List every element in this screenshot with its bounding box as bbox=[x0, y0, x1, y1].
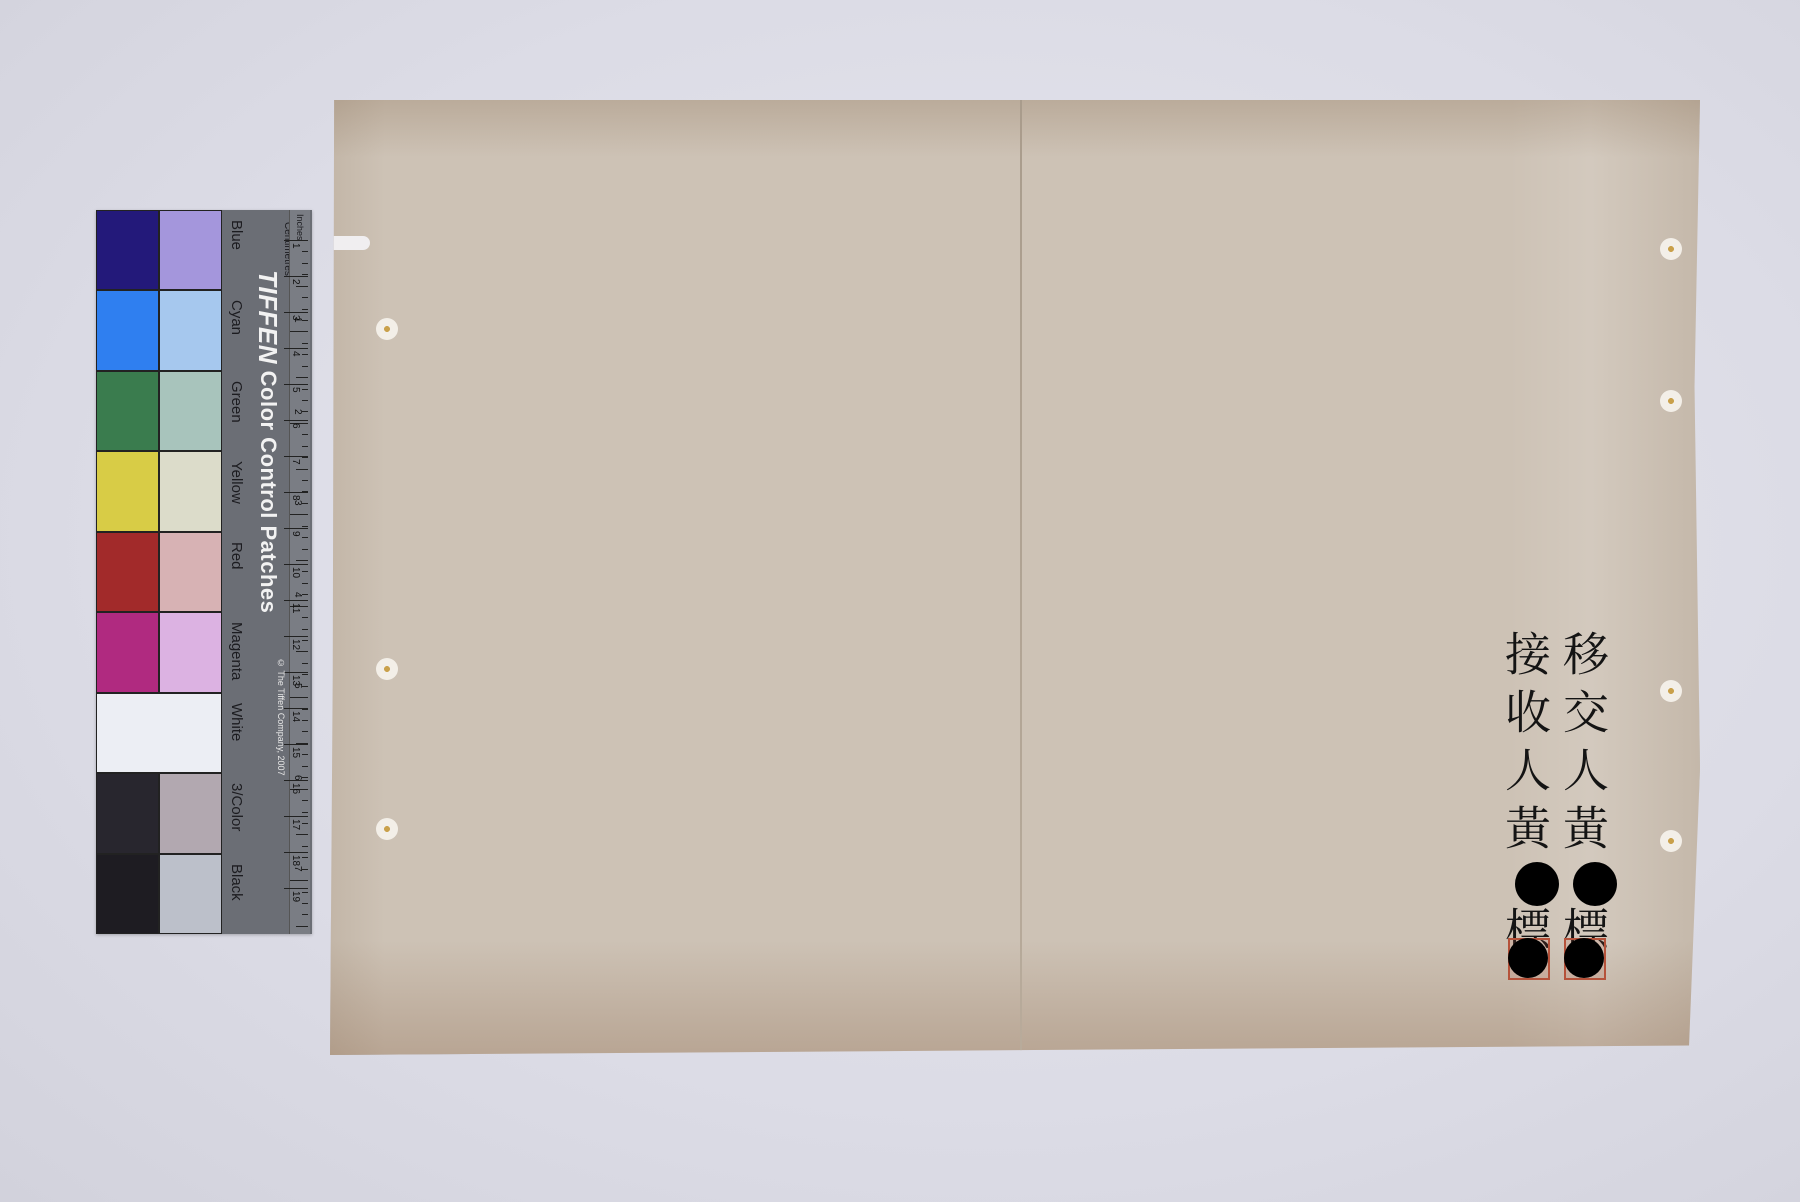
redacted-character bbox=[1515, 862, 1559, 906]
inch-tick bbox=[302, 766, 308, 767]
inch-tick bbox=[302, 537, 308, 538]
inch-tick bbox=[302, 400, 308, 401]
cm-number: 6 bbox=[290, 423, 301, 429]
cm-tick bbox=[284, 384, 308, 385]
color-patch bbox=[96, 210, 159, 290]
cm-number: 13 bbox=[290, 675, 301, 686]
cm-tick bbox=[284, 600, 308, 601]
inch-tick bbox=[302, 549, 308, 550]
inch-tick bbox=[302, 674, 308, 675]
binding-hole-icon bbox=[376, 318, 398, 340]
cm-tick bbox=[284, 780, 308, 781]
inch-tick bbox=[290, 514, 308, 515]
inch-tick bbox=[296, 834, 308, 835]
patch-row-black bbox=[96, 854, 222, 934]
color-patch bbox=[159, 612, 222, 692]
cm-tick bbox=[284, 744, 308, 745]
cm-tick bbox=[284, 276, 308, 277]
transferor-signature-column: 移交人黃標 bbox=[1560, 630, 1617, 964]
color-patch bbox=[96, 612, 159, 692]
inch-tick bbox=[302, 846, 308, 847]
inch-number: 2 bbox=[292, 409, 303, 415]
center-fold-line bbox=[1020, 100, 1022, 1055]
inch-tick bbox=[302, 343, 308, 344]
patch-label: Green bbox=[228, 381, 245, 423]
color-patches bbox=[96, 210, 222, 934]
patch-label: Magenta bbox=[228, 622, 245, 680]
inch-tick bbox=[302, 903, 308, 904]
cm-tick bbox=[284, 888, 308, 889]
color-patch bbox=[96, 451, 159, 531]
receiver-role: 接收人 bbox=[1498, 630, 1552, 804]
binding-hole-icon bbox=[376, 818, 398, 840]
color-control-card: Centimetres Inches 1234567 1234567891011… bbox=[96, 210, 312, 934]
binding-hole-icon bbox=[1660, 830, 1682, 852]
patch-row-cyan bbox=[96, 290, 222, 370]
paper-tear bbox=[330, 236, 370, 250]
inch-tick bbox=[296, 286, 308, 287]
cm-tick bbox=[284, 672, 308, 673]
cm-number: 15 bbox=[290, 747, 301, 758]
inches-label: Inches bbox=[295, 214, 305, 241]
binding-hole-icon bbox=[1660, 238, 1682, 260]
color-patch bbox=[96, 290, 159, 370]
inch-tick bbox=[296, 651, 308, 652]
color-patch bbox=[96, 773, 159, 853]
color-patch bbox=[159, 290, 222, 370]
cm-number: 5 bbox=[290, 387, 301, 393]
redacted-character bbox=[1573, 862, 1617, 906]
patch-label: Cyan bbox=[228, 300, 245, 335]
inch-tick bbox=[302, 800, 308, 801]
cm-tick bbox=[284, 564, 308, 565]
cm-number: 12 bbox=[290, 639, 301, 650]
inch-tick bbox=[302, 640, 308, 641]
cm-number: 9 bbox=[290, 531, 301, 537]
cm-tick bbox=[284, 312, 308, 313]
cm-number: 10 bbox=[290, 567, 301, 578]
cm-number: 16 bbox=[290, 783, 301, 794]
patch-row-3-color bbox=[96, 773, 222, 853]
patch-row-white bbox=[96, 693, 222, 773]
inch-tick bbox=[302, 720, 308, 721]
inch-tick bbox=[302, 617, 308, 618]
cm-number: 7 bbox=[290, 459, 301, 465]
inch-tick bbox=[302, 663, 308, 664]
inch-tick bbox=[296, 377, 308, 378]
inch-tick bbox=[302, 309, 308, 310]
inch-tick bbox=[290, 880, 308, 881]
cm-tick bbox=[284, 420, 308, 421]
transferor-role: 移交人 bbox=[1556, 630, 1610, 804]
color-patch bbox=[96, 532, 159, 612]
patch-row-green bbox=[96, 371, 222, 451]
cm-tick bbox=[284, 852, 308, 853]
archival-document-sheet: 移交人黃標 接收人黃標 bbox=[330, 100, 1700, 1055]
cm-tick bbox=[284, 528, 308, 529]
cm-tick bbox=[284, 636, 308, 637]
binding-hole-icon bbox=[1660, 390, 1682, 412]
transferor-surname: 黃 bbox=[1556, 804, 1610, 862]
inch-tick bbox=[302, 389, 308, 390]
color-patch bbox=[159, 451, 222, 531]
cm-number: 14 bbox=[290, 711, 301, 722]
patch-label: 3/Color bbox=[228, 783, 245, 831]
receiver-surname: 黃 bbox=[1498, 804, 1552, 862]
inch-tick bbox=[290, 331, 308, 332]
inch-tick bbox=[302, 526, 308, 527]
inch-tick bbox=[302, 914, 308, 915]
inch-tick bbox=[302, 892, 308, 893]
inch-tick bbox=[290, 697, 308, 698]
receiver-seal bbox=[1508, 938, 1550, 980]
patch-label: White bbox=[228, 703, 245, 741]
tiffen-brand-title: TIFFEN Color Control Patches bbox=[252, 270, 283, 613]
cm-number: 11 bbox=[290, 603, 301, 613]
inch-tick bbox=[296, 560, 308, 561]
card-title: Color Control Patches bbox=[256, 371, 281, 614]
inch-tick bbox=[302, 731, 308, 732]
redacted-seal bbox=[1508, 938, 1548, 978]
cm-tick bbox=[284, 708, 308, 709]
inch-tick bbox=[302, 457, 308, 458]
color-patch bbox=[159, 773, 222, 853]
binding-hole-icon bbox=[376, 658, 398, 680]
patch-label: Yellow bbox=[228, 461, 245, 504]
inch-tick bbox=[302, 857, 308, 858]
color-patch bbox=[159, 854, 222, 934]
color-patch bbox=[159, 532, 222, 612]
copyright-text: © The Tiffen Company, 2007 bbox=[276, 658, 286, 776]
inch-tick bbox=[302, 434, 308, 435]
binding-hole-icon bbox=[1660, 680, 1682, 702]
inch-tick bbox=[296, 926, 308, 927]
inch-number: 7 bbox=[292, 866, 303, 872]
color-patch bbox=[159, 371, 222, 451]
color-patch bbox=[96, 371, 159, 451]
inch-tick bbox=[302, 812, 308, 813]
inch-tick bbox=[302, 297, 308, 298]
cm-tick bbox=[284, 348, 308, 349]
receiver-signature-column: 接收人黃標 bbox=[1502, 630, 1559, 964]
cm-tick bbox=[284, 240, 308, 241]
cm-number: 4 bbox=[290, 351, 301, 357]
inch-tick bbox=[302, 366, 308, 367]
inch-tick bbox=[296, 469, 308, 470]
patch-row-yellow bbox=[96, 451, 222, 531]
color-patch bbox=[96, 854, 159, 934]
patch-row-blue bbox=[96, 210, 222, 290]
color-patch bbox=[96, 693, 222, 773]
redacted-seal bbox=[1564, 938, 1604, 978]
tiffen-logo: TIFFEN bbox=[253, 270, 283, 364]
transferor-seal bbox=[1564, 938, 1606, 980]
cm-tick bbox=[284, 492, 308, 493]
cm-number: 2 bbox=[290, 279, 301, 285]
color-patch bbox=[159, 210, 222, 290]
patch-label: Red bbox=[228, 542, 245, 570]
inch-tick bbox=[302, 754, 308, 755]
inch-tick bbox=[302, 263, 308, 264]
patch-row-magenta bbox=[96, 612, 222, 692]
cm-number: 3 bbox=[290, 315, 301, 321]
cm-number: 1 bbox=[290, 243, 301, 249]
inch-tick bbox=[302, 446, 308, 447]
patch-row-red bbox=[96, 532, 222, 612]
cm-number: 8 bbox=[290, 495, 301, 501]
patch-label: Blue bbox=[228, 220, 245, 250]
inch-tick bbox=[302, 354, 308, 355]
inch-number: 4 bbox=[292, 592, 303, 598]
inch-tick bbox=[302, 251, 308, 252]
cm-number: 18 bbox=[290, 855, 301, 866]
inch-tick bbox=[302, 480, 308, 481]
inch-tick bbox=[302, 629, 308, 630]
cm-tick bbox=[284, 816, 308, 817]
cm-number: 19 bbox=[290, 891, 301, 902]
inch-number: 3 bbox=[292, 500, 303, 506]
inch-tick bbox=[302, 571, 308, 572]
inch-tick bbox=[302, 583, 308, 584]
cm-number: 17 bbox=[290, 819, 301, 830]
inch-tick bbox=[302, 823, 308, 824]
patch-label: Black bbox=[228, 864, 245, 901]
ruler-strip: Centimetres Inches 1234567 1234567891011… bbox=[222, 210, 312, 934]
cm-tick bbox=[284, 456, 308, 457]
